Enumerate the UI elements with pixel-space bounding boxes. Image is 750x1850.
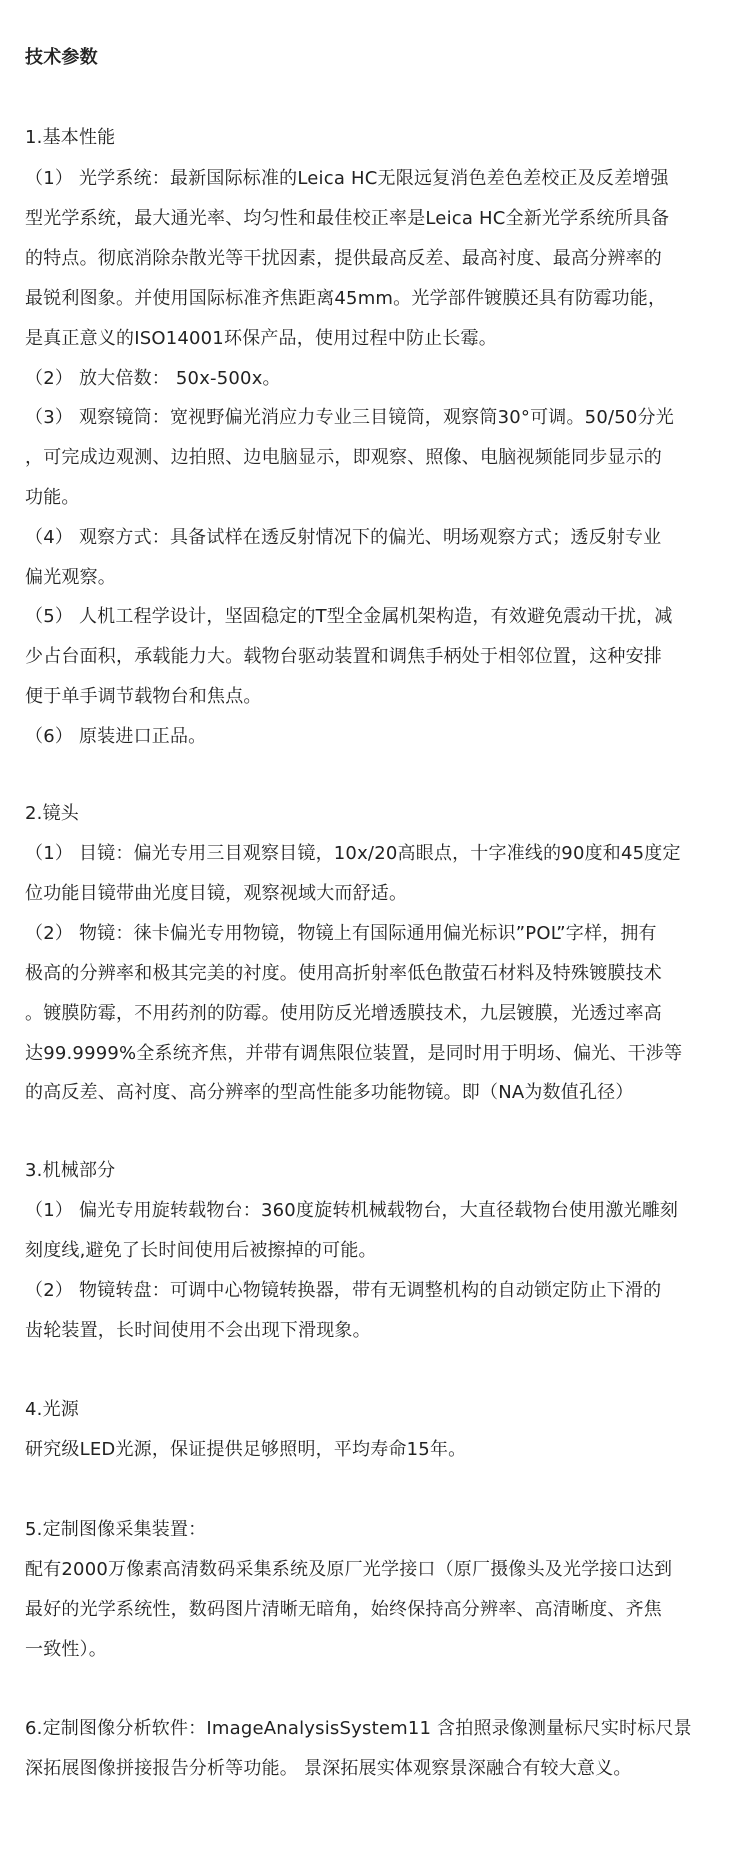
text-line: 一致性）。: [25, 1638, 730, 1662]
text-line: （2） 放大倍数： 50x-500x。: [25, 367, 730, 391]
text-line-analysis-software: 6.定制图像分析软件：ImageAnalysisSystem11 含拍照录像测量…: [25, 1717, 730, 1741]
section-heading-lens: 2.镜头: [25, 802, 730, 826]
text-line: （1） 目镜：偏光专用三目观察目镜，10x/20高眼点，十字准线的90度和45度…: [25, 842, 730, 866]
text-line: 是真正意义的ISO14001环保产品，使用过程中防止长霉。: [25, 327, 730, 351]
text-line: 最锐利图象。并使用国际标准齐焦距离45mm。光学部件镀膜还具有防霉功能，: [25, 287, 730, 311]
text-line: （2） 物镜：徕卡偏光专用物镜，物镜上有国际通用偏光标识”POL”字样，拥有: [25, 922, 730, 946]
text-line: 最好的光学系统性，数码图片清晰无暗角，始终保持高分辨率、高清晰度、齐焦: [25, 1598, 730, 1622]
text-line: 的特点。彻底消除杂散光等干扰因素，提供最高反差、最高衬度、最高分辨率的: [25, 247, 730, 271]
text-line: （6） 原装进口正品。: [25, 725, 730, 749]
text-line: 刻度线,避免了长时间使用后被擦掉的可能。: [25, 1239, 730, 1263]
text-line: （5） 人机工程学设计，坚固稳定的T型全金属机架构造，有效避免震动干扰，减: [25, 605, 730, 629]
text-line: 达99.9999%全系统齐焦，并带有调焦限位装置，是同时用于明场、偏光、干涉等: [25, 1042, 730, 1066]
text-line: （4） 观察方式：具备试样在透反射情况下的偏光、明场观察方式；透反射专业: [25, 526, 730, 550]
text-line: 功能。: [25, 486, 730, 510]
text-line: （1） 偏光专用旋转载物台：360度旋转机械载物台，大直径载物台使用激光雕刻: [25, 1199, 730, 1223]
text-line: 深拓展图像拼接报告分析等功能。 景深拓展实体观察景深融合有较大意义。: [25, 1757, 730, 1781]
text-line: 极高的分辨率和极其完美的衬度。使用高折射率低色散萤石材料及特殊镀膜技术: [25, 962, 730, 986]
section-heading-image-capture: 5.定制图像采集装置：: [25, 1518, 730, 1542]
section-heading-basic-performance: 1.基本性能: [25, 126, 730, 150]
text-line: （1） 光学系统：最新国际标准的Leica HC无限远复消色差色差校正及反差增强: [25, 167, 730, 191]
section-heading-light-source: 4.光源: [25, 1398, 730, 1422]
page-title: 技术参数: [25, 46, 730, 70]
text-line: 型光学系统，最大通光率、均匀性和最佳校正率是Leica HC全新光学系统所具备: [25, 207, 730, 231]
text-line: （2） 物镜转盘：可调中心物镜转换器，带有无调整机构的自动锁定防止下滑的: [25, 1279, 730, 1303]
text-line: 位功能目镜带曲光度目镜，观察视域大而舒适。: [25, 882, 730, 906]
text-line: 的高反差、高衬度、高分辨率的型高性能多功能物镜。即（NA为数值孔径）: [25, 1081, 730, 1105]
text-line: ，可完成边观测、边拍照、边电脑显示，即观察、照像、电脑视频能同步显示的: [25, 446, 730, 470]
text-line: 便于单手调节载物台和焦点。: [25, 685, 730, 709]
section-heading-mechanical: 3.机械部分: [25, 1159, 730, 1183]
text-line: 少占台面积，承载能力大。载物台驱动装置和调焦手柄处于相邻位置，这种安排: [25, 645, 730, 669]
text-line: 。镀膜防霉，不用药剂的防霉。使用防反光增透膜技术，九层镀膜，光透过率高: [25, 1002, 730, 1026]
text-line: 研究级LED光源，保证提供足够照明，平均寿命15年。: [25, 1438, 730, 1462]
text-line: 配有2000万像素高清数码采集系统及原厂光学接口（原厂摄像头及光学接口达到: [25, 1558, 730, 1582]
text-line: （3） 观察镜筒：宽视野偏光消应力专业三目镜筒，观察筒30°可调。50/50分光: [25, 406, 730, 430]
text-line: 齿轮装置，长时间使用不会出现下滑现象。: [25, 1319, 730, 1343]
text-line: 偏光观察。: [25, 566, 730, 590]
